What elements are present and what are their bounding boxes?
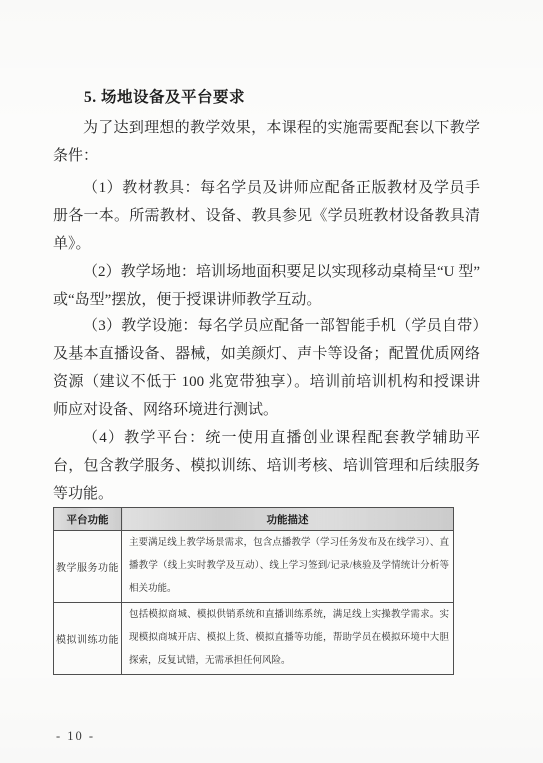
table-header-feature-description: 功能描述 (122, 508, 454, 531)
paragraph-item-4-teaching-platform: （4）教学平台：统一使用直播创业课程配套教学辅助平台，包含教学服务、模拟训练、培… (53, 424, 480, 508)
section-heading: 5. 场地设备及平台要求 (53, 84, 480, 112)
platform-feature-table: 平台功能 功能描述 教学服务功能 主要满足线上教学场景需求，包含点播教学（学习任… (53, 507, 454, 675)
paragraph-item-1-teaching-materials: （1）教材教具：每名学员及讲师应配备正版教材及学员手册各一本。所需教材、设备、教… (53, 174, 480, 258)
document-page: 5. 场地设备及平台要求 为了达到理想的教学效果，本课程的实施需要配套以下教学条… (0, 0, 543, 763)
table-cell-feature-name: 模拟训练功能 (54, 603, 122, 675)
table-row: 教学服务功能 主要满足线上教学场景需求，包含点播教学（学习任务发布及在线学习）、… (54, 531, 454, 603)
page-number: - 10 - (56, 729, 95, 744)
paragraph-intro: 为了达到理想的教学效果，本课程的实施需要配套以下教学条件： (53, 114, 480, 170)
table-cell-feature-description: 包括模拟商城、模拟供销系统和直播训练系统，满足线上实操教学需求。实现模拟商城开店… (122, 603, 454, 675)
table-cell-feature-description: 主要满足线上教学场景需求，包含点播教学（学习任务发布及在线学习）、直播教学（线上… (122, 531, 454, 603)
table-header-platform-feature: 平台功能 (54, 508, 122, 531)
paragraph-item-2-teaching-venue: （2）教学场地：培训场地面积要足以实现移动桌椅呈“U 型”或“岛型”摆放，便于授… (53, 258, 480, 314)
table-cell-feature-name: 教学服务功能 (54, 531, 122, 603)
table-row: 模拟训练功能 包括模拟商城、模拟供销系统和直播训练系统，满足线上实操教学需求。实… (54, 603, 454, 675)
paragraph-item-3-teaching-facilities: （3）教学设施：每名学员应配备一部智能手机（学员自带）及基本直播设备、器械，如美… (53, 312, 480, 424)
table-header-row: 平台功能 功能描述 (54, 508, 454, 531)
